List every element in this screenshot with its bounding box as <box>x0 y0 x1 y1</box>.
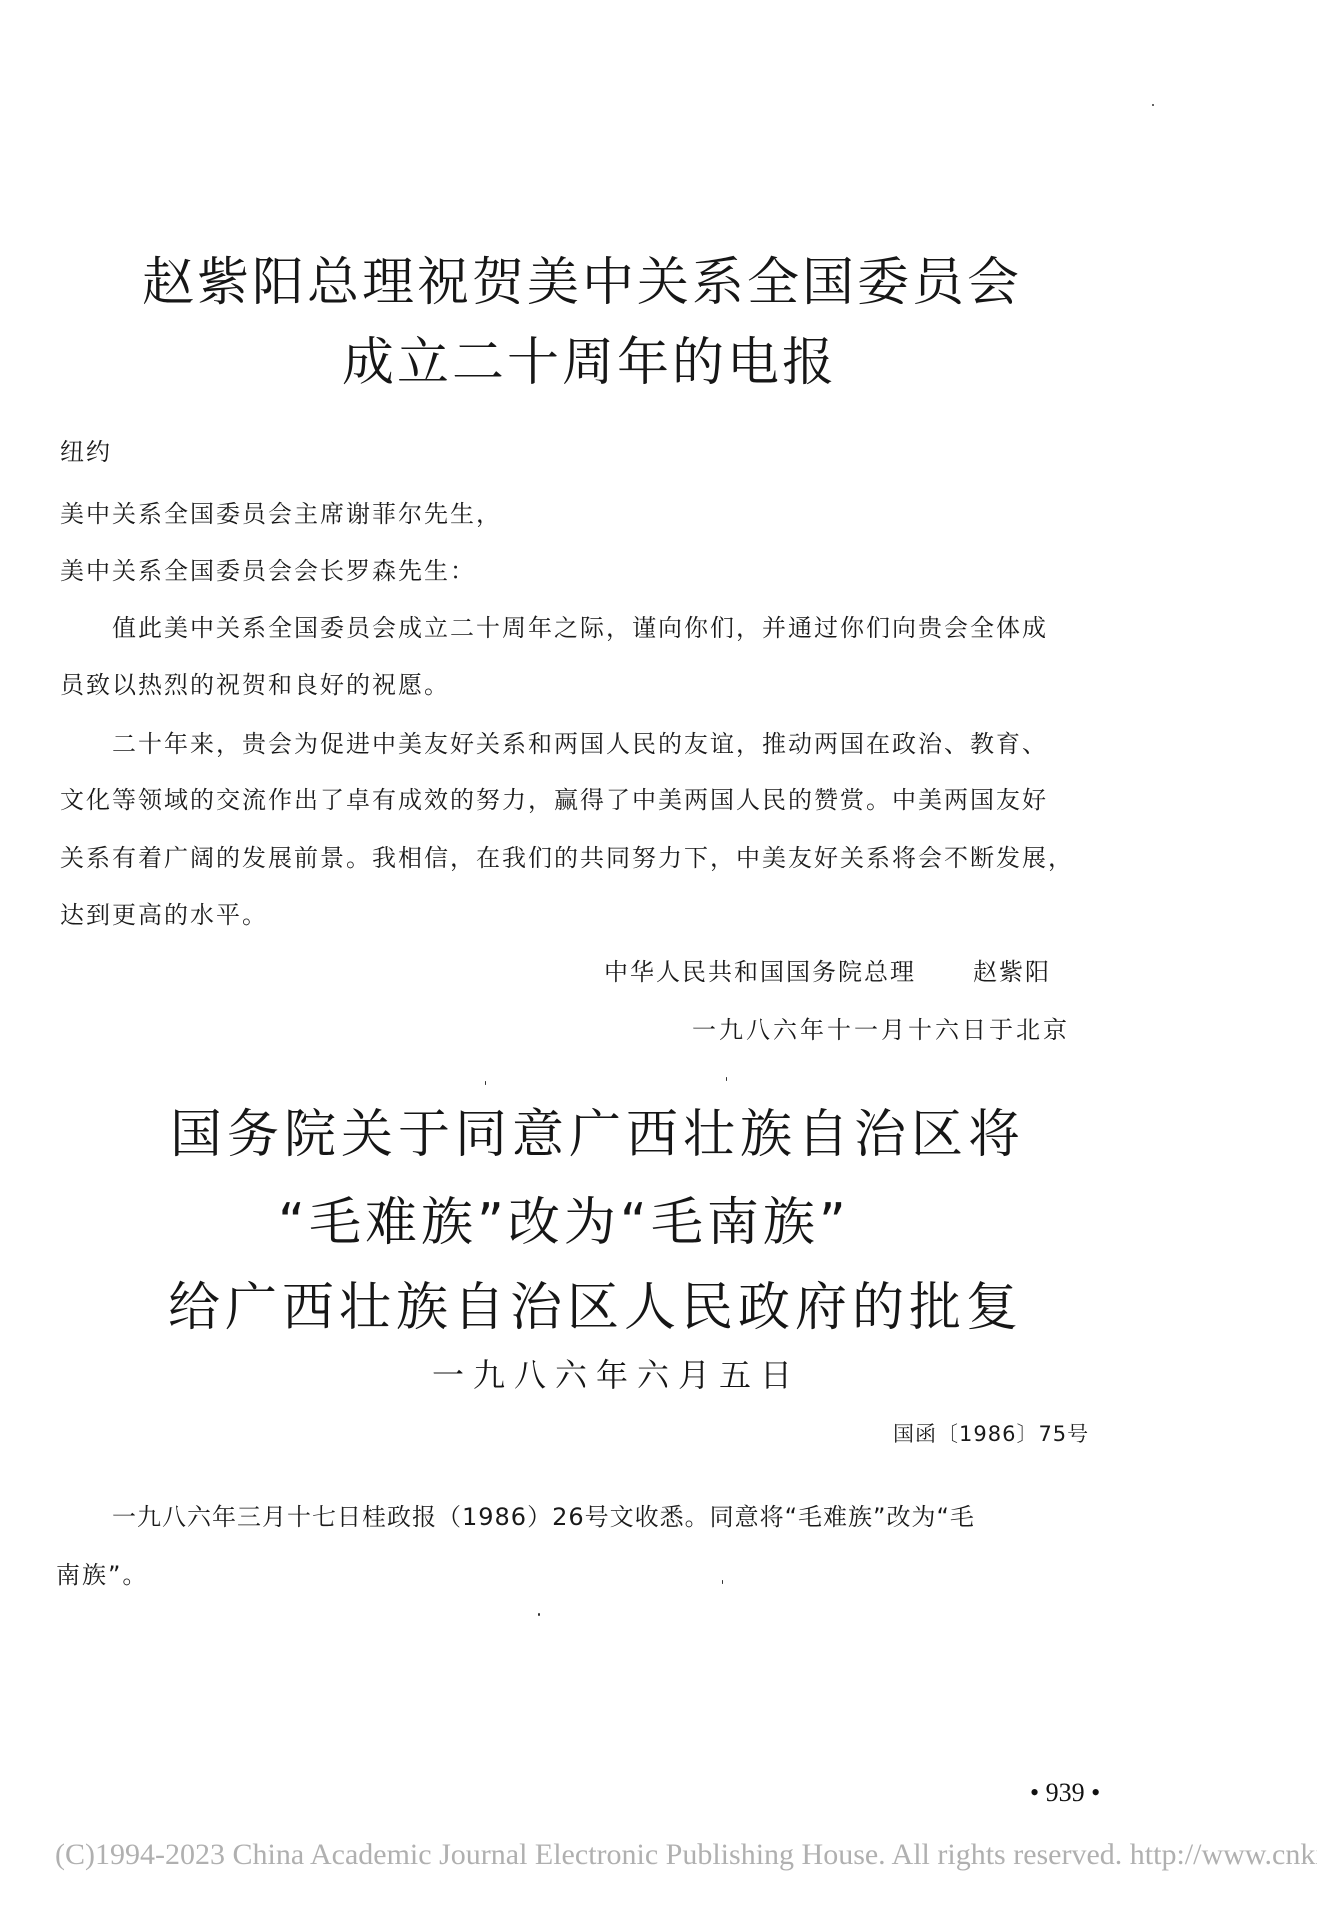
article2-title-line1: 国务院关于同意广西壮族自治区将 <box>170 1092 1025 1167</box>
paragraph-1-line-2: 员致以热烈的祝贺和良好的祝愿。 <box>60 665 450 700</box>
scan-speck <box>538 1613 540 1616</box>
document-number: 国函〔1986〕75号 <box>893 1418 1089 1448</box>
paragraph-2-line-2: 文化等领域的交流作出了卓有成效的努力，赢得了中美两国人民的赞赏。中美两国友好 <box>60 780 1048 815</box>
paragraph-1-line-1: 值此美中关系全国委员会成立二十周年之际，谨向你们，并通过你们向贵会全体成 <box>112 608 1048 643</box>
scan-speck <box>722 1580 723 1584</box>
paragraph-2-line-4: 达到更高的水平。 <box>60 895 268 930</box>
article2-date: 一九八六年六月五日 <box>432 1350 801 1396</box>
signature-date: 一九八六年十一月十六日于北京 <box>692 1010 1070 1045</box>
article2-title-line3: 给广西壮族自治区人民政府的批复 <box>168 1265 1023 1340</box>
signature-title: 中华人民共和国国务院总理 <box>604 952 916 987</box>
page-number: • 939 • <box>1030 1778 1100 1808</box>
addressee-chairman: 美中关系全国委员会主席谢菲尔先生， <box>60 494 502 529</box>
scan-speck <box>726 1077 727 1081</box>
signature-name: 赵紫阳 <box>973 952 1051 987</box>
article1-title-line1: 赵紫阳总理祝贺美中关系全国委员会 <box>142 240 1022 315</box>
addressee-president: 美中关系全国委员会会长罗森先生： <box>60 551 476 586</box>
scan-speck <box>485 1081 486 1085</box>
paragraph-2-line-3: 关系有着广阔的发展前景。我相信，在我们的共同努力下，中美友好关系将会不断发展， <box>60 838 1074 873</box>
copyright-notice: (C)1994-2023 China Academic Journal Elec… <box>55 1838 1317 1872</box>
article2-body-line-2: 南族”。 <box>56 1555 148 1590</box>
article2-body-line-1: 一九八六年三月十七日桂政报（1986）26号文收悉。同意将“毛难族”改为“毛 <box>112 1497 975 1532</box>
article1-title-line2: 成立二十周年的电报 <box>342 320 837 395</box>
article2-title-line2: “毛难族”改为“毛南族” <box>278 1180 850 1255</box>
paragraph-2-line-1: 二十年来，贵会为促进中美友好关系和两国人民的友谊，推动两国在政治、教育、 <box>112 724 1048 759</box>
location: 纽约 <box>60 432 112 467</box>
scan-speck <box>1152 104 1154 106</box>
